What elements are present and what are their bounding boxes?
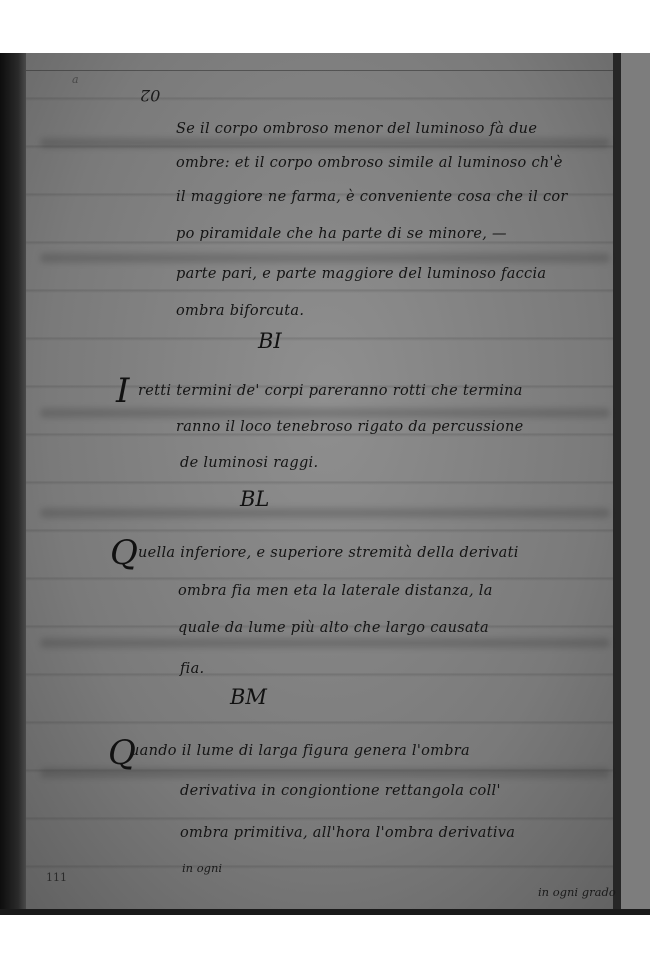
- corner-mark: a: [72, 73, 79, 86]
- text-line: de luminosi raggi.: [180, 455, 318, 471]
- text-line: Se il corpo ombroso menor del luminoso f…: [176, 121, 537, 137]
- manuscript-page: a 02 Se il corpo ombroso menor del lumin…: [0, 53, 650, 915]
- section-heading: BI: [258, 329, 282, 353]
- text-line: uella inferiore, e superiore stremità de…: [138, 545, 519, 561]
- section-heading: BL: [240, 487, 269, 511]
- margin-tally: 111: [46, 871, 67, 884]
- folio-number: 02: [140, 86, 160, 105]
- text-line: fia.: [180, 661, 204, 677]
- text-line: ombre: et il corpo ombroso simile al lum…: [176, 155, 563, 171]
- ink-bleed-through: [40, 138, 610, 148]
- text-line: ombra fia men eta la laterale distanza, …: [178, 583, 493, 599]
- text-line: ombra primitiva, all'hora l'ombra deriva…: [180, 825, 515, 841]
- facing-page-edge: [621, 53, 650, 915]
- catchword-left: in ogni: [182, 861, 222, 875]
- text-line: ombra biforcuta.: [176, 303, 304, 319]
- text-line: parte pari, e parte maggiore del luminos…: [176, 266, 546, 282]
- text-line: il maggiore ne farma, è conveniente cosa…: [176, 189, 568, 205]
- page-bottom-edge: [0, 909, 650, 915]
- text-line: po piramidale che ha parte di se minore,…: [176, 226, 507, 242]
- text-line: ranno il loco tenebroso rigato da percus…: [176, 419, 523, 435]
- book-binding-shadow: [0, 53, 26, 915]
- catchword-right: in ogni grado: [538, 885, 616, 899]
- ruled-line: [26, 70, 650, 71]
- ink-bleed-through: [40, 253, 610, 263]
- section-heading: BM: [230, 685, 267, 709]
- decorated-initial: I: [116, 371, 129, 411]
- text-line: retti termini de' corpi pareranno rotti …: [138, 383, 523, 399]
- ink-bleed-through: [40, 508, 610, 518]
- text-line: uando il lume di larga figura genera l'o…: [130, 743, 470, 759]
- ink-bleed-through: [40, 638, 610, 648]
- decorated-initial: Q: [110, 533, 138, 573]
- page-gutter-line: [613, 53, 621, 915]
- text-line: quale da lume più alto che largo causata: [178, 620, 489, 636]
- text-line: derivativa in congiontione rettangola co…: [180, 783, 501, 799]
